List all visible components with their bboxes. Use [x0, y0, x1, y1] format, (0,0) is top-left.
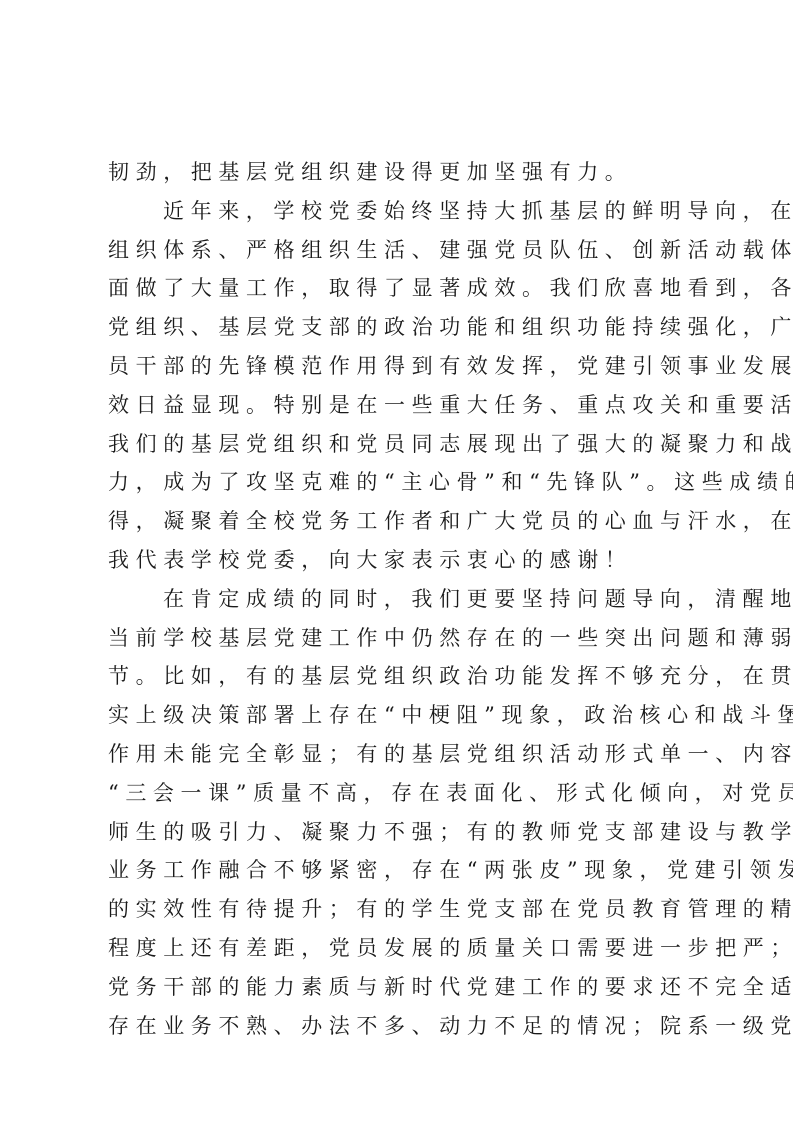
text-line: 业务工作融合不够紧密，存在“两张皮”现象，党建引领发展 — [108, 851, 690, 890]
text-line: 员干部的先锋模范作用得到有效发挥，党建引领事业发展的成 — [108, 347, 690, 386]
text-line: 当前学校基层党建工作中仍然存在的一些突出问题和薄弱环 — [108, 619, 690, 658]
text-line: 得，凝聚着全校党务工作者和广大党员的心血与汗水，在此， — [108, 502, 690, 541]
text-line: 党组织、基层党支部的政治功能和组织功能持续强化，广大党 — [108, 308, 690, 347]
text-line: 师生的吸引力、凝聚力不强；有的教师党支部建设与教学科研 — [108, 813, 690, 852]
text-line: 作用未能完全彰显；有的基层党组织活动形式单一、内容枯燥， — [108, 735, 690, 774]
text-line: 力，成为了攻坚克难的“主心骨”和“先锋队”。这些成绩的取 — [108, 463, 690, 502]
text-line: “三会一课”质量不高，存在表面化、形式化倾向，对党员和 — [108, 774, 690, 813]
text-line: 的实效性有待提升；有的学生党支部在党员教育管理的精细化 — [108, 890, 690, 929]
text-line: 组织体系、严格组织生活、建强党员队伍、创新活动载体等方 — [108, 231, 690, 270]
text-line: 程度上还有差距，党员发展的质量关口需要进一步把严；部分 — [108, 929, 690, 968]
text-line: 实上级决策部署上存在“中梗阻”现象，政治核心和战斗堡垒 — [108, 696, 690, 735]
text-line: 面做了大量工作，取得了显著成效。我们欣喜地看到，各二级 — [108, 269, 690, 308]
text-line: 我们的基层党组织和党员同志展现出了强大的凝聚力和战斗 — [108, 425, 690, 464]
text-line: 韧劲，把基层党组织建设得更加坚强有力。 — [108, 153, 690, 192]
paragraph-start-line: 近年来，学校党委始终坚持大抓基层的鲜明导向，在健全 — [108, 192, 690, 231]
document-page: 韧劲，把基层党组织建设得更加坚强有力。 近年来，学校党委始终坚持大抓基层的鲜明导… — [0, 0, 793, 1122]
document-body: 韧劲，把基层党组织建设得更加坚强有力。 近年来，学校党委始终坚持大抓基层的鲜明导… — [108, 153, 690, 1045]
paragraph-start-line: 在肯定成绩的同时，我们更要坚持问题导向，清醒地看到 — [108, 580, 690, 619]
text-line: 效日益显现。特别是在一些重大任务、重点攻关和重要活动中， — [108, 386, 690, 425]
text-line: 存在业务不熟、办法不多、动力不足的情况；院系一级党组织 — [108, 1007, 690, 1046]
text-line: 节。比如，有的基层党组织政治功能发挥不够充分，在贯彻落 — [108, 657, 690, 696]
text-line: 我代表学校党委，向大家表示衷心的感谢！ — [108, 541, 690, 580]
text-line: 党务干部的能力素质与新时代党建工作的要求还不完全适应， — [108, 968, 690, 1007]
